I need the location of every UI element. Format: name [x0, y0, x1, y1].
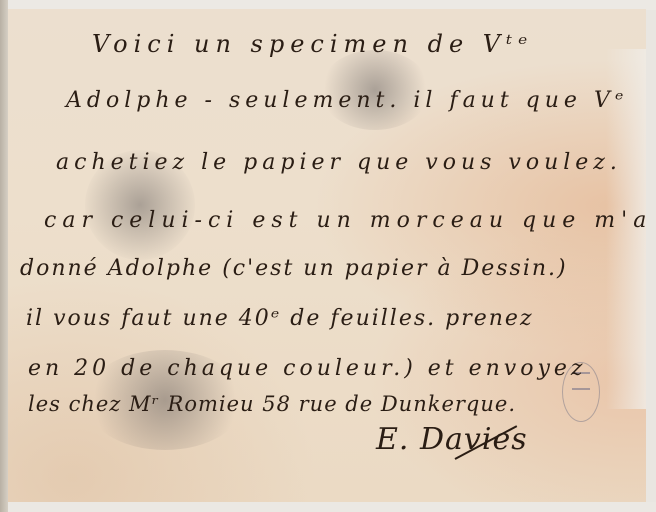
- letter-line-5: donné Adolphe (c'est un papier à Dessin.…: [20, 256, 568, 281]
- letter-line-6: il vous faut une 40ᵉ de feuilles. prenez: [26, 306, 534, 331]
- letter-line-1: Voici un specimen de Vᵗᵉ: [92, 30, 533, 58]
- signature: E. Davies: [376, 422, 528, 457]
- letter-line-7: en 20 de chaque couleur.) et envoyez: [28, 356, 587, 381]
- letter-line-2: Adolphe - seulement. il faut que Vᵉ: [66, 88, 628, 113]
- letter-line-8: les chez Mʳ Romieu 58 rue de Dunkerque.: [28, 392, 516, 416]
- mount-left-edge: [0, 0, 8, 512]
- letter-line-4: car celui-ci est un morceau que m'a: [44, 208, 652, 233]
- letter-line-3: achetiez le papier que vous voulez.: [56, 150, 622, 175]
- mount-bottom: [0, 502, 656, 512]
